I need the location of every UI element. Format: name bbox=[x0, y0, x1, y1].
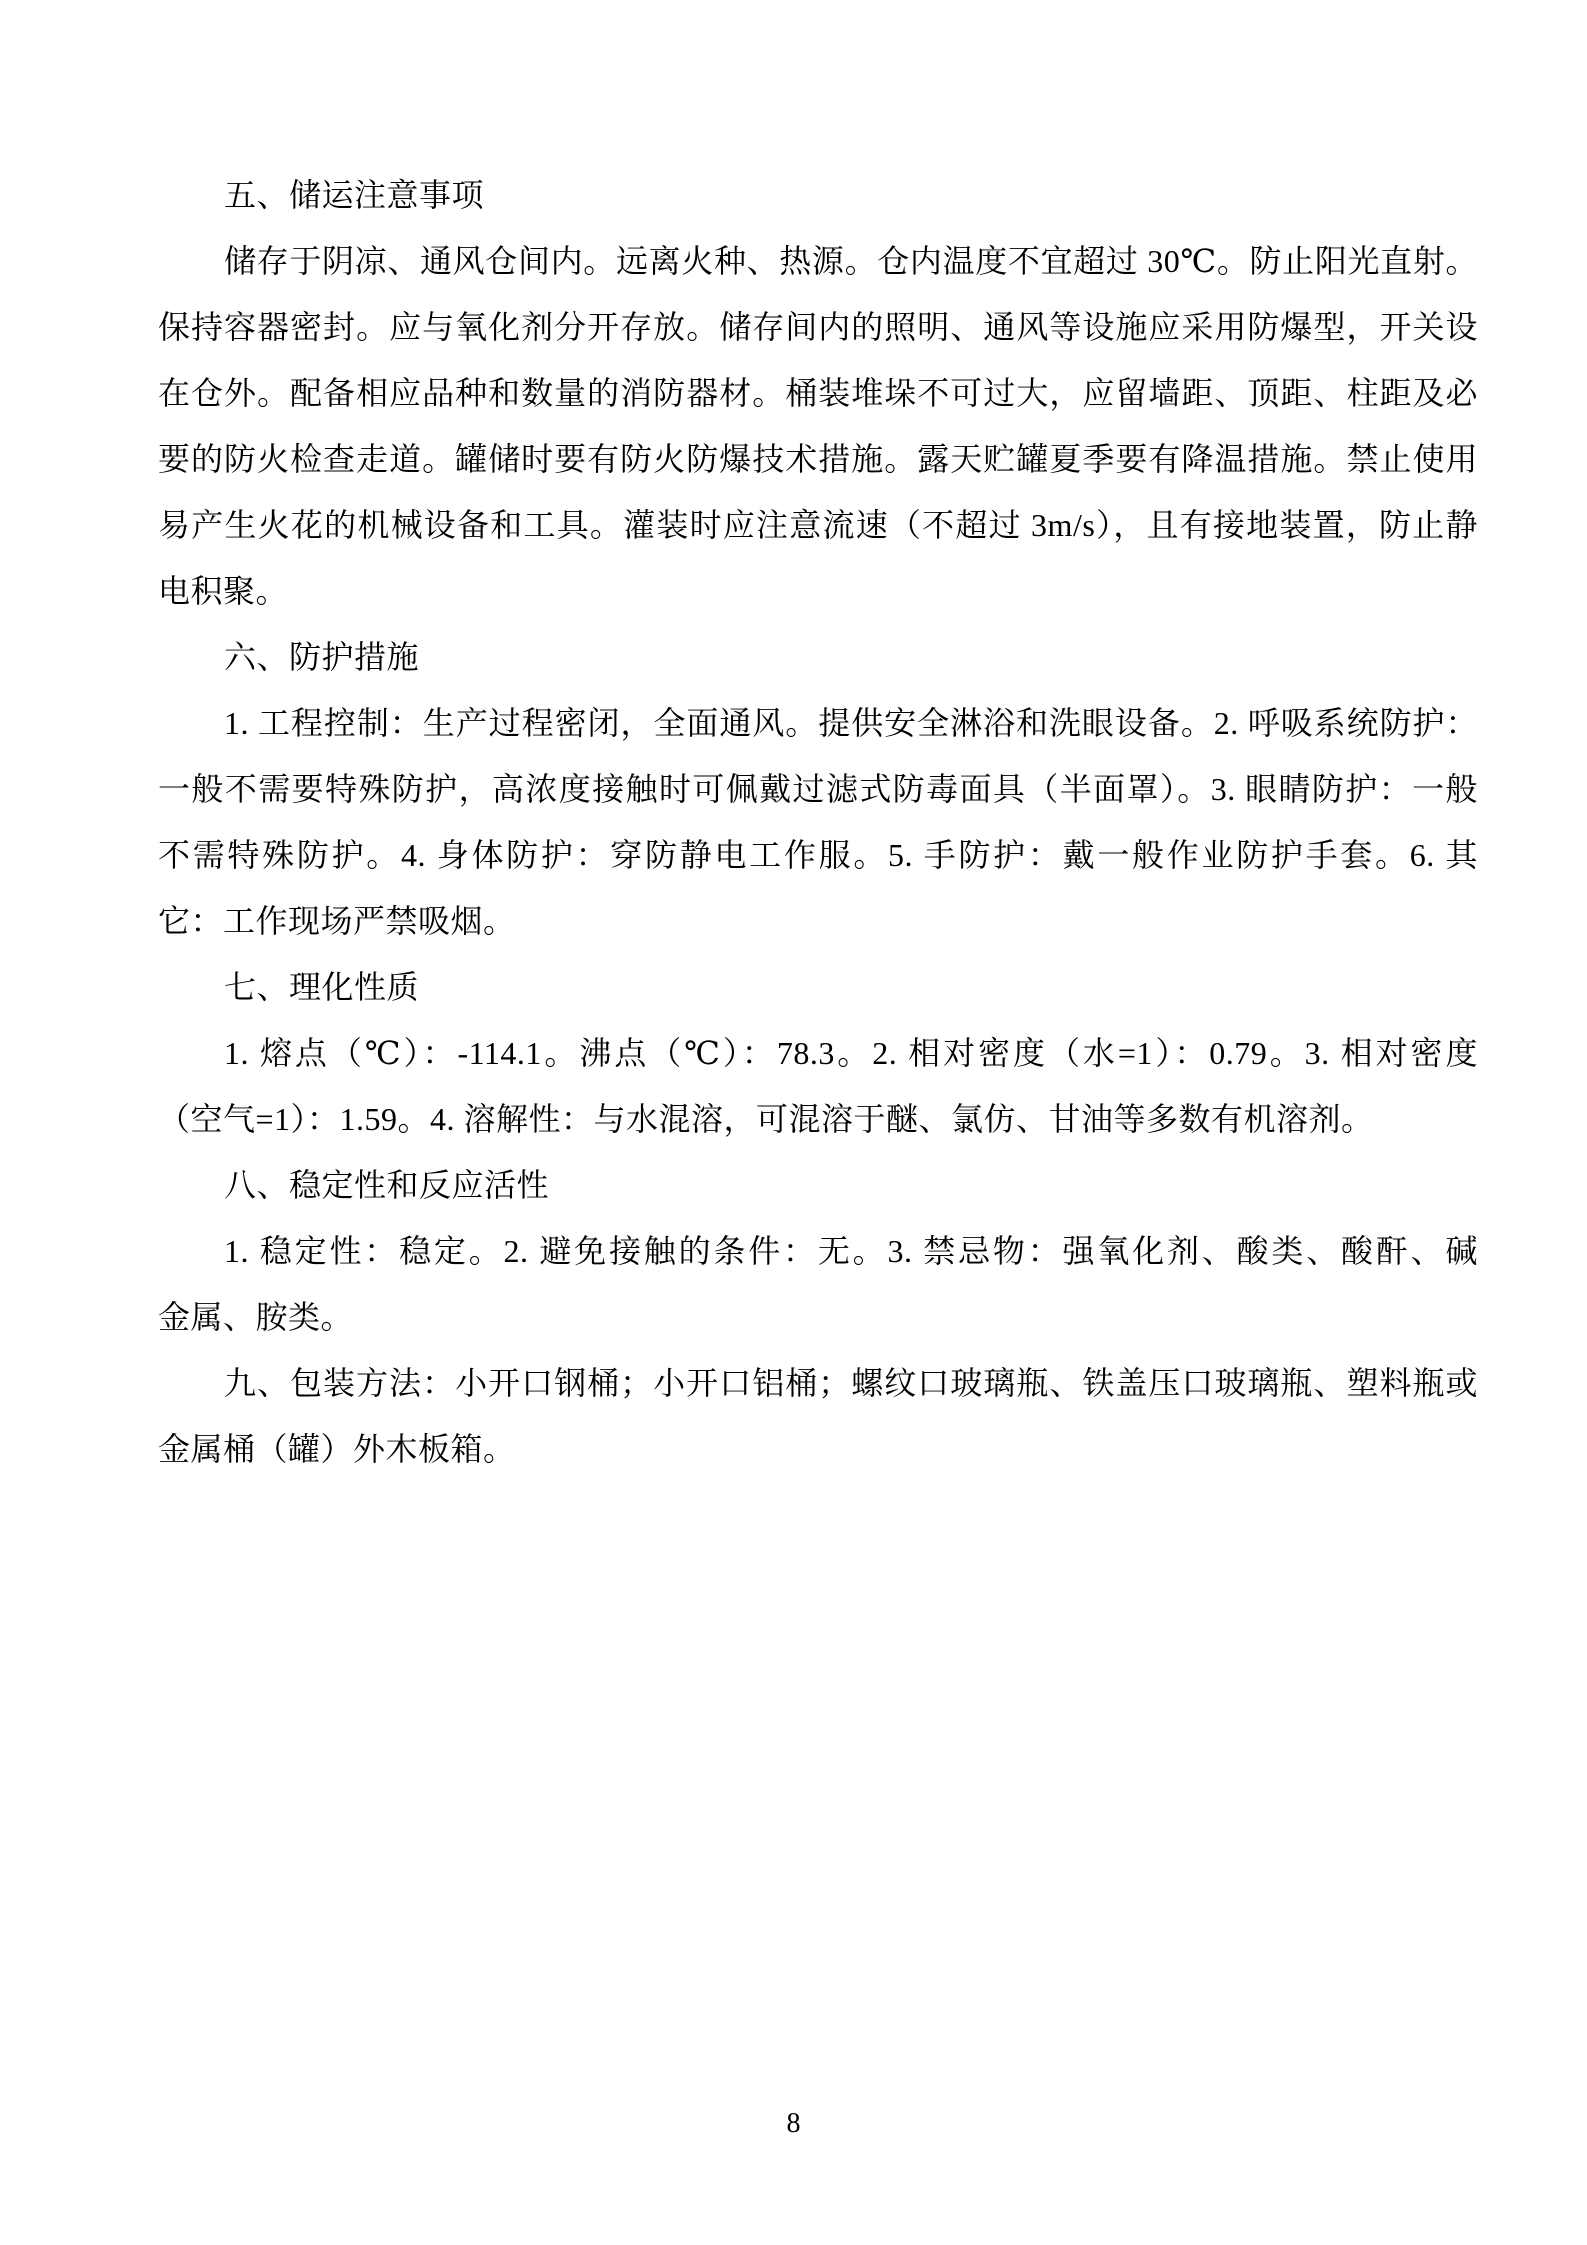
section-heading: 五、储运注意事项 bbox=[158, 162, 1478, 228]
page-footer: 8 bbox=[0, 2104, 1587, 2144]
text-line: 1. 工程控制：生产过程密闭，全面通风。提供安全淋浴和洗眼设备。2. 呼吸系统防… bbox=[158, 690, 1478, 756]
text-line: 金属桶（罐）外木板箱。 bbox=[158, 1416, 1478, 1482]
text-line: 1. 稳定性：稳定。2. 避免接触的条件：无。3. 禁忌物：强氧化剂、酸类、酸酐… bbox=[158, 1218, 1478, 1284]
page-number: 8 bbox=[787, 2108, 801, 2139]
document-body: 五、储运注意事项储存于阴凉、通风仓间内。远离火种、热源。仓内温度不宜超过 30℃… bbox=[158, 162, 1478, 1482]
text-line: 储存于阴凉、通风仓间内。远离火种、热源。仓内温度不宜超过 30℃。防止阳光直射。 bbox=[158, 228, 1478, 294]
document-page: 五、储运注意事项储存于阴凉、通风仓间内。远离火种、热源。仓内温度不宜超过 30℃… bbox=[0, 0, 1587, 2245]
section-heading: 八、稳定性和反应活性 bbox=[158, 1152, 1478, 1218]
text-line: 一般不需要特殊防护，高浓度接触时可佩戴过滤式防毒面具（半面罩）。3. 眼睛防护：… bbox=[158, 756, 1478, 822]
text-line: 它：工作现场严禁吸烟。 bbox=[158, 888, 1478, 954]
text-line: 易产生火花的机械设备和工具。灌装时应注意流速（不超过 3m/s），且有接地装置，… bbox=[158, 492, 1478, 558]
text-line: 金属、胺类。 bbox=[158, 1284, 1478, 1350]
text-line: 在仓外。配备相应品种和数量的消防器材。桶装堆垛不可过大，应留墙距、顶距、柱距及必 bbox=[158, 360, 1478, 426]
text-line: 九、包装方法：小开口钢桶；小开口铝桶；螺纹口玻璃瓶、铁盖压口玻璃瓶、塑料瓶或 bbox=[158, 1350, 1478, 1416]
text-line: （空气=1）：1.59。4. 溶解性：与水混溶，可混溶于醚、氯仿、甘油等多数有机… bbox=[158, 1086, 1478, 1152]
section-heading: 七、理化性质 bbox=[158, 954, 1478, 1020]
text-line: 电积聚。 bbox=[158, 558, 1478, 624]
text-line: 1. 熔点（℃）：-114.1。沸点（℃）：78.3。2. 相对密度（水=1）：… bbox=[158, 1020, 1478, 1086]
section-heading: 六、防护措施 bbox=[158, 624, 1478, 690]
text-line: 保持容器密封。应与氧化剂分开存放。储存间内的照明、通风等设施应采用防爆型，开关设 bbox=[158, 294, 1478, 360]
text-line: 不需特殊防护。4. 身体防护：穿防静电工作服。5. 手防护：戴一般作业防护手套。… bbox=[158, 822, 1478, 888]
text-line: 要的防火检查走道。罐储时要有防火防爆技术措施。露天贮罐夏季要有降温措施。禁止使用 bbox=[158, 426, 1478, 492]
